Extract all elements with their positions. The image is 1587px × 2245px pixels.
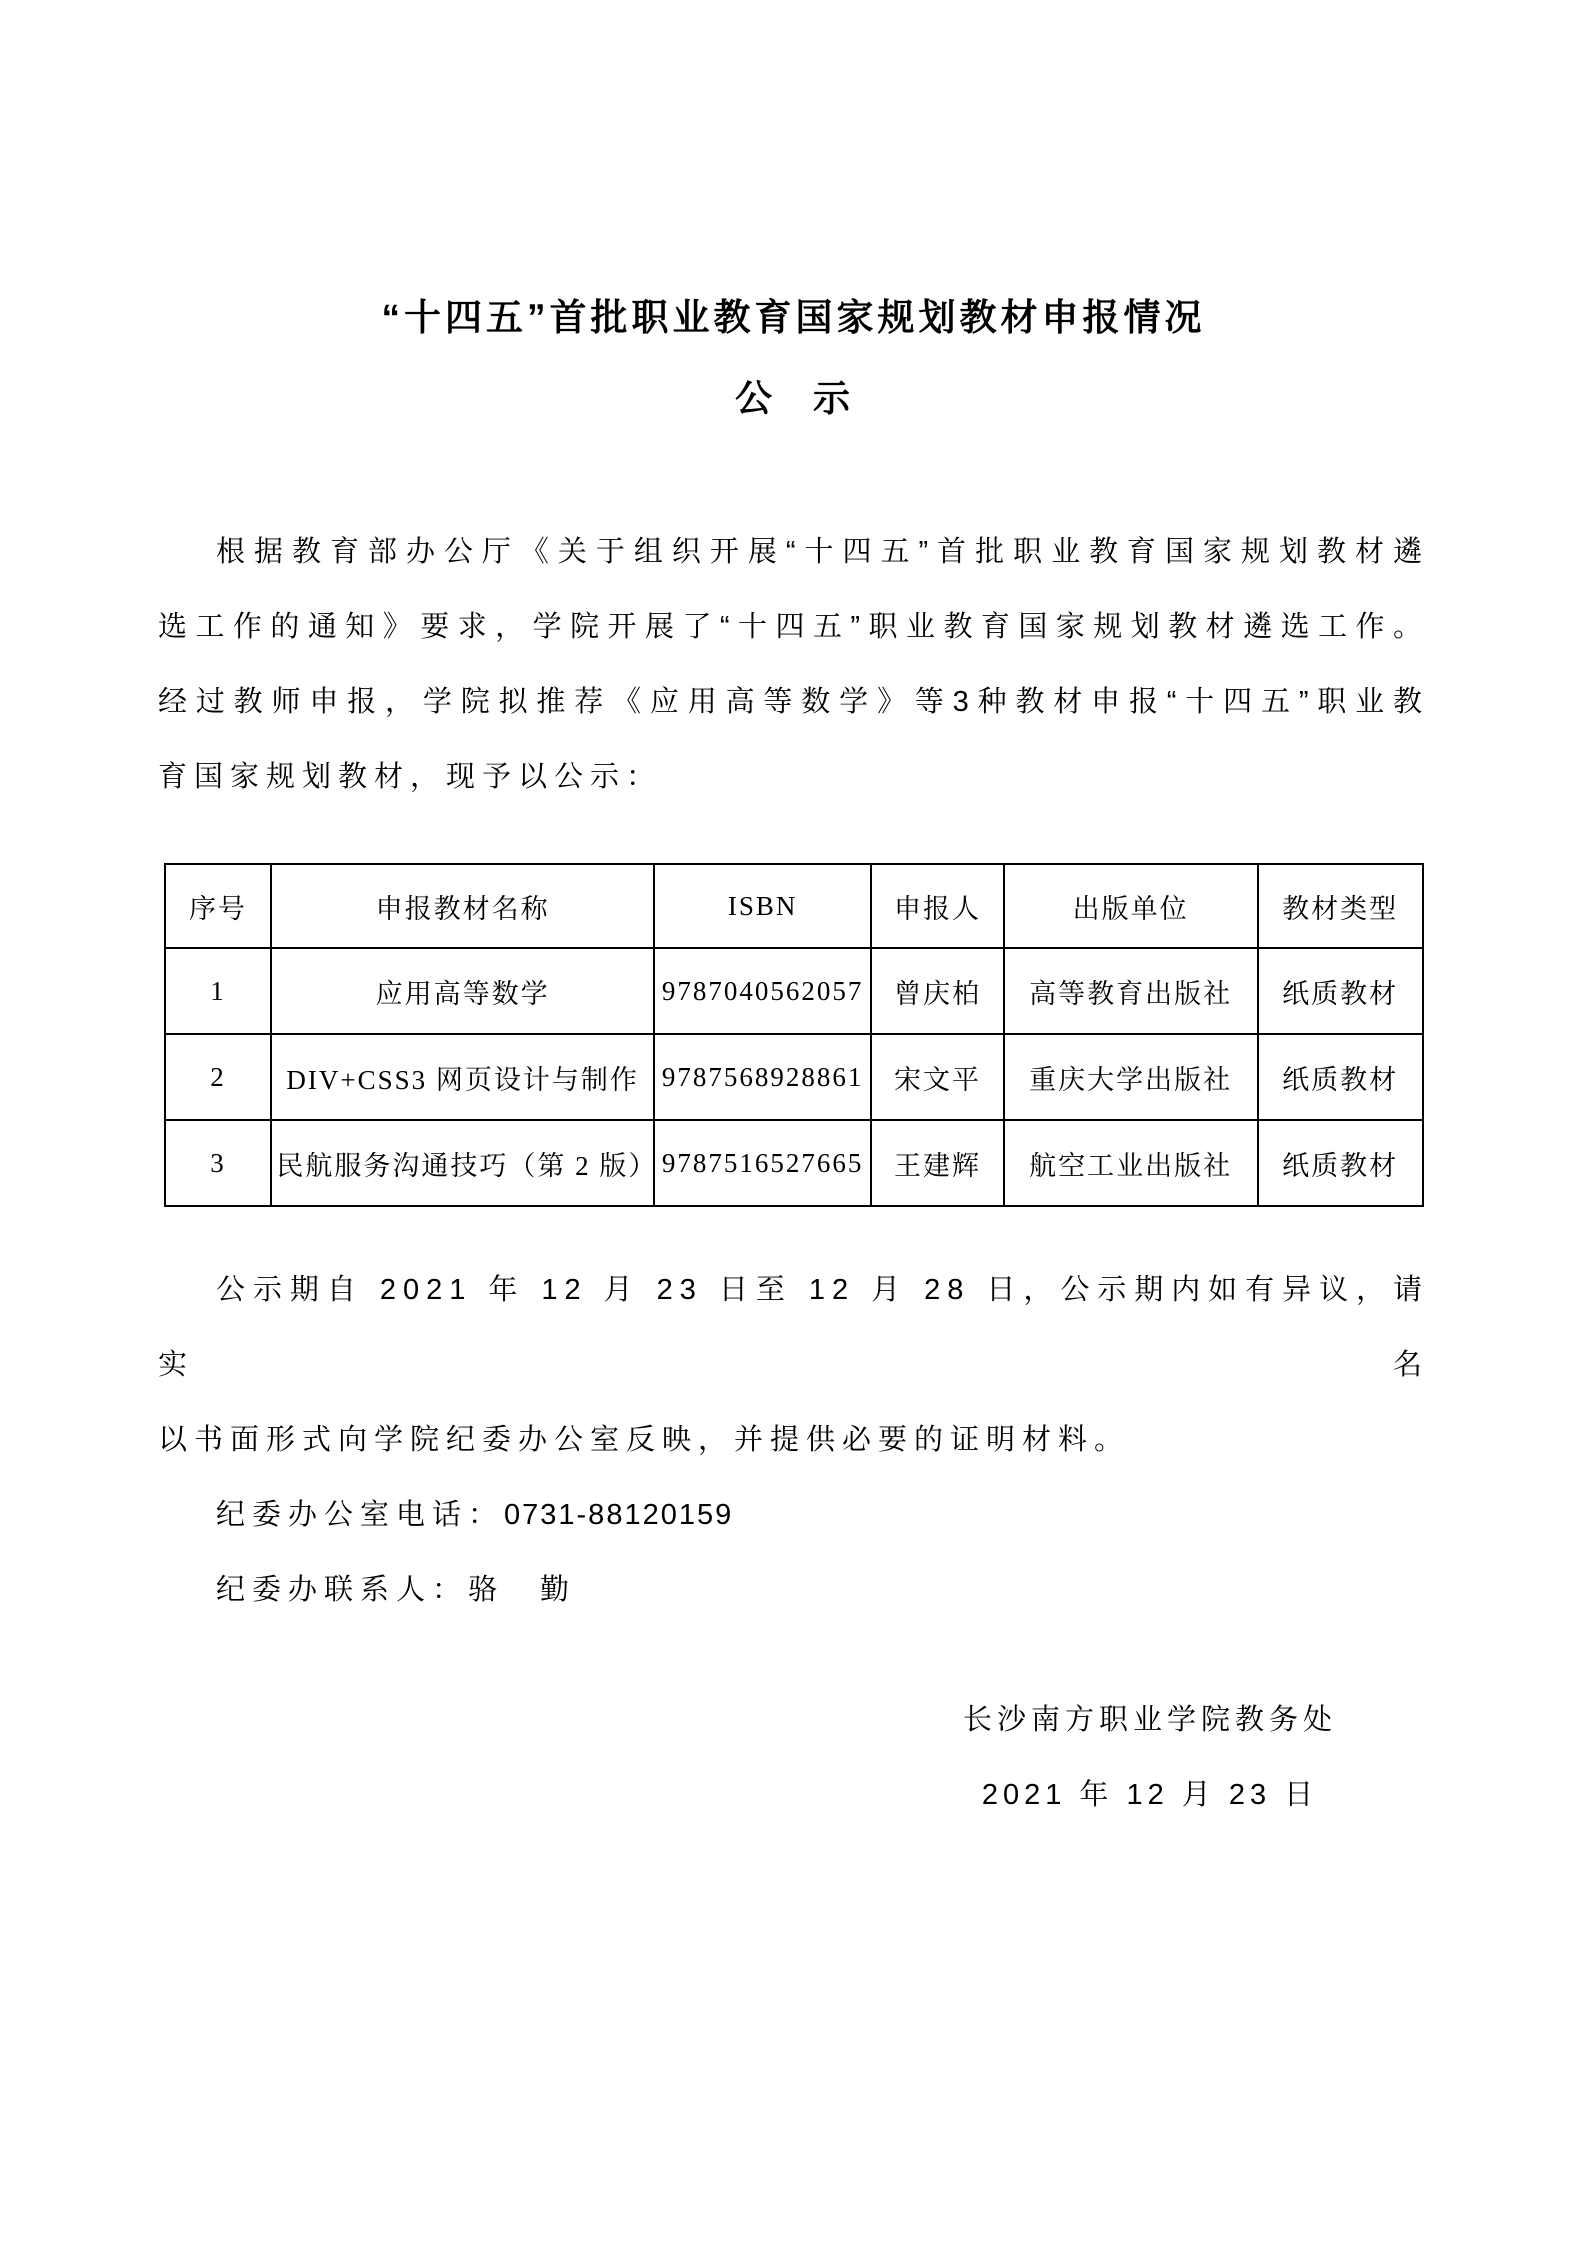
contact-person-line: 纪委办联系人：骆 勤 bbox=[158, 1553, 1429, 1628]
table-cell-applicant: 宋文平 bbox=[871, 1034, 1003, 1120]
contact-block: 纪委办公室电话：0731-88120159 纪委办联系人：骆 勤 bbox=[158, 1478, 1429, 1628]
table-cell-publisher: 重庆大学出版社 bbox=[1004, 1034, 1258, 1120]
table-cell-publisher: 航空工业出版社 bbox=[1004, 1120, 1258, 1206]
table-cell-index: 2 bbox=[165, 1034, 272, 1120]
table-row: 1 应用高等数学 9787040562057 曾庆柏 高等教育出版社 纸质教材 bbox=[165, 948, 1423, 1034]
intro-line: 根据教育部办公厅《关于组织开展“十四五”首批职业教育国家规划教材遴 bbox=[158, 515, 1429, 590]
table-cell-isbn: 9787040562057 bbox=[654, 948, 872, 1034]
table-header-cell-publisher: 出版单位 bbox=[1004, 864, 1258, 948]
intro-paragraph: 根据教育部办公厅《关于组织开展“十四五”首批职业教育国家规划教材遴 选工作的通知… bbox=[158, 515, 1429, 815]
document-title: “十四五”首批职业教育国家规划教材申报情况 bbox=[0, 0, 1587, 343]
table-cell-applicant: 曾庆柏 bbox=[871, 948, 1003, 1034]
table-cell-publisher: 高等教育出版社 bbox=[1004, 948, 1258, 1034]
signature-date: 2021 年 12 月 23 日 bbox=[963, 1758, 1337, 1833]
notice-line: 公示期自 2021 年 12 月 23 日至 12 月 28 日，公示期内如有异… bbox=[158, 1253, 1429, 1403]
notice-paragraph: 公示期自 2021 年 12 月 23 日至 12 月 28 日，公示期内如有异… bbox=[158, 1253, 1429, 1478]
intro-line: 选工作的通知》要求，学院开展了“十四五”职业教育国家规划教材遴选工作。 bbox=[158, 590, 1429, 665]
table-header-cell-applicant: 申报人 bbox=[871, 864, 1003, 948]
table-cell-name: DIV+CSS3 网页设计与制作 bbox=[271, 1034, 653, 1120]
table-header-cell-name: 申报教材名称 bbox=[271, 864, 653, 948]
table-cell-name: 应用高等数学 bbox=[271, 948, 653, 1034]
table-cell-name: 民航服务沟通技巧（第 2 版） bbox=[271, 1120, 653, 1206]
intro-line: 育国家规划教材，现予以公示： bbox=[158, 740, 1429, 815]
table-cell-type: 纸质教材 bbox=[1258, 948, 1423, 1034]
table-row: 3 民航服务沟通技巧（第 2 版） 9787516527665 王建辉 航空工业… bbox=[165, 1120, 1423, 1206]
table-cell-index: 1 bbox=[165, 948, 272, 1034]
table-cell-type: 纸质教材 bbox=[1258, 1120, 1423, 1206]
table-header-cell-type: 教材类型 bbox=[1258, 864, 1423, 948]
document-subtitle: 公 示 bbox=[0, 374, 1587, 424]
intro-line: 经过教师申报，学院拟推荐《应用高等数学》等3种教材申报“十四五”职业教 bbox=[158, 665, 1429, 740]
table-cell-isbn: 9787516527665 bbox=[654, 1120, 872, 1206]
textbook-application-table: 序号 申报教材名称 ISBN 申报人 出版单位 教材类型 1 应用高等数学 97… bbox=[164, 863, 1424, 1207]
table-cell-index: 3 bbox=[165, 1120, 272, 1206]
notice-line: 以书面形式向学院纪委办公室反映，并提供必要的证明材料。 bbox=[158, 1403, 1429, 1478]
table-header-cell-index: 序号 bbox=[165, 864, 272, 948]
table-cell-applicant: 王建辉 bbox=[871, 1120, 1003, 1206]
signature-block: 长沙南方职业学院教务处 2021 年 12 月 23 日 bbox=[963, 1683, 1337, 1833]
phone-number: 0731-88120159 bbox=[504, 1499, 733, 1531]
table-cell-type: 纸质教材 bbox=[1258, 1034, 1423, 1120]
phone-label: 纪委办公室电话： bbox=[216, 1499, 504, 1531]
table-header-cell-isbn: ISBN bbox=[654, 864, 872, 948]
signature-org: 长沙南方职业学院教务处 bbox=[963, 1683, 1337, 1758]
table-cell-isbn: 9787568928861 bbox=[654, 1034, 872, 1120]
document-page: “十四五”首批职业教育国家规划教材申报情况 公 示 根据教育部办公厅《关于组织开… bbox=[0, 0, 1587, 2245]
phone-line: 纪委办公室电话：0731-88120159 bbox=[158, 1478, 1429, 1553]
table-header-row: 序号 申报教材名称 ISBN 申报人 出版单位 教材类型 bbox=[165, 864, 1423, 948]
table-row: 2 DIV+CSS3 网页设计与制作 9787568928861 宋文平 重庆大… bbox=[165, 1034, 1423, 1120]
